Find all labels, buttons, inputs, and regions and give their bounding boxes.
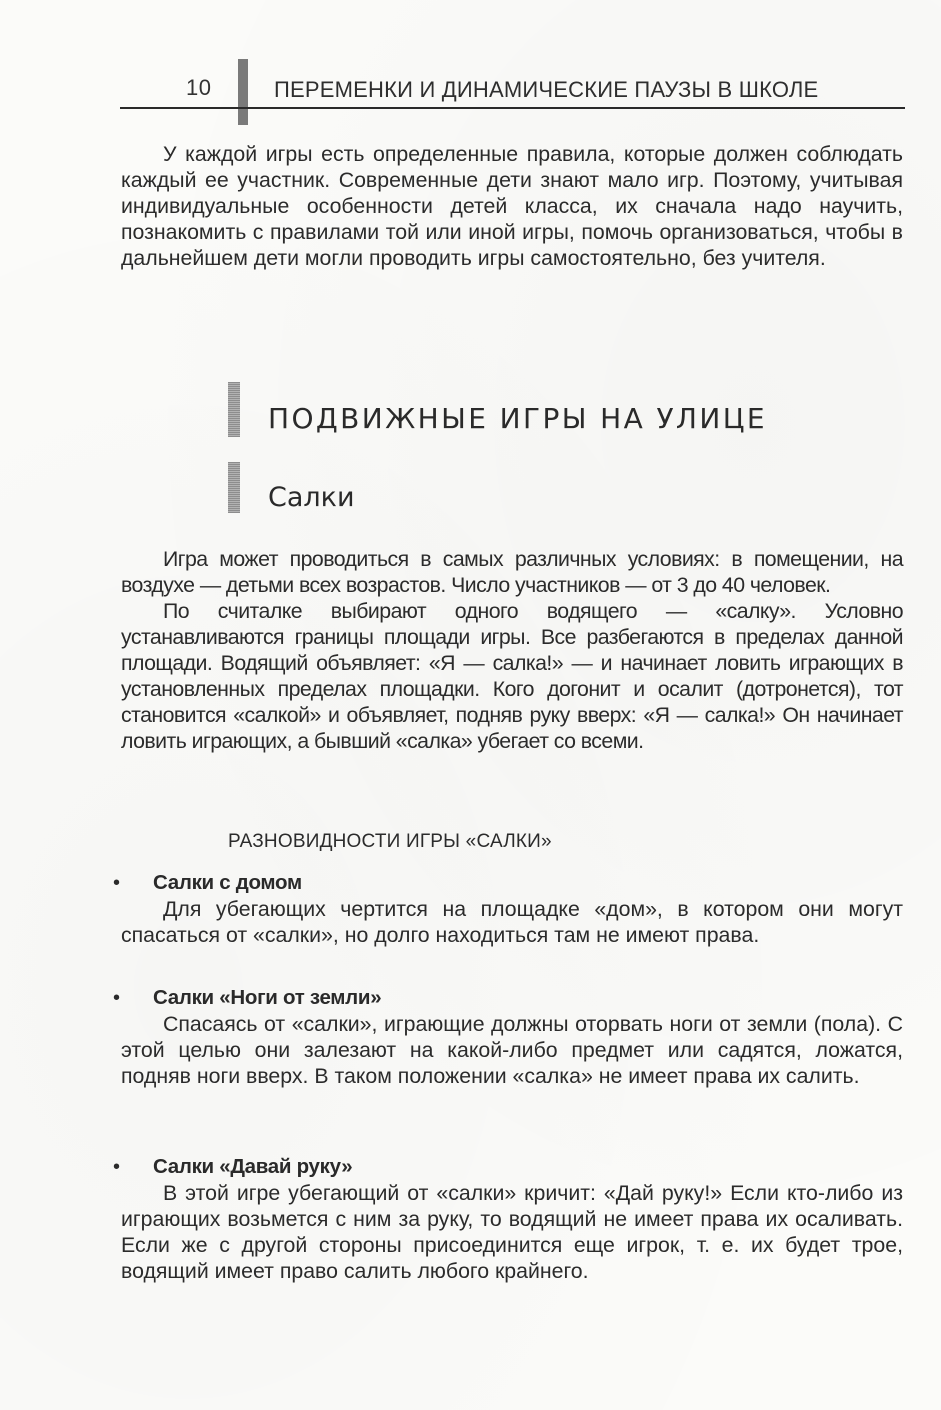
- variant-title: Салки с домом: [153, 870, 302, 896]
- subsection-title: Салки: [268, 482, 355, 513]
- variant-header: • Салки «Давай руку»: [113, 1154, 903, 1182]
- variant-title: Салки «Ноги от земли»: [153, 985, 381, 1011]
- variants-heading: РАЗНОВИДНОСТИ ИГРЫ «САЛКИ»: [228, 831, 552, 853]
- variant-text: Спасаясь от «салки», играющие должны ото…: [121, 1011, 903, 1089]
- description-paragraph: По считалке выбирают одного водящего — «…: [121, 598, 903, 754]
- running-header: 10 ПЕРЕМЕНКИ И ДИНАМИЧЕСКИЕ ПАУЗЫ В ШКОЛ…: [120, 55, 905, 115]
- variant-item: • Салки «Ноги от земли» Спасаясь от «сал…: [113, 985, 903, 1013]
- intro-text: У каждой игры есть определенные правила,…: [121, 141, 903, 271]
- variant-body: В этой игре убегающий от «салки» кричит:…: [121, 1180, 903, 1284]
- bullet-icon: •: [113, 985, 120, 1011]
- variant-text: В этой игре убегающий от «салки» кричит:…: [121, 1180, 903, 1284]
- bullet-icon: •: [113, 870, 120, 896]
- game-description: Игра может проводиться в самых различных…: [121, 546, 903, 754]
- intro-paragraph: У каждой игры есть определенные правила,…: [121, 141, 903, 271]
- running-title: ПЕРЕМЕНКИ И ДИНАМИЧЕСКИЕ ПАУЗЫ В ШКОЛЕ: [274, 77, 818, 103]
- variant-body: Для убегающих чертится на площадке «дом»…: [121, 896, 903, 948]
- section-marker-bar: [228, 382, 240, 437]
- description-paragraph: Игра может проводиться в самых различных…: [121, 546, 903, 598]
- book-page: 10 ПЕРЕМЕНКИ И ДИНАМИЧЕСКИЕ ПАУЗЫ В ШКОЛ…: [0, 0, 941, 1410]
- variant-body: Спасаясь от «салки», играющие должны ото…: [121, 1011, 903, 1089]
- variant-header: • Салки с домом: [113, 870, 903, 898]
- variant-item: • Салки «Давай руку» В этой игре убегающ…: [113, 1154, 903, 1182]
- variant-title: Салки «Давай руку»: [153, 1154, 352, 1180]
- subsection-marker-bar: [228, 462, 240, 513]
- section-title: ПОДВИЖНЫЕ ИГРЫ НА УЛИЦЕ: [268, 402, 767, 435]
- bullet-icon: •: [113, 1154, 120, 1180]
- header-rule: [120, 107, 905, 109]
- variant-text: Для убегающих чертится на площадке «дом»…: [121, 896, 903, 948]
- variant-header: • Салки «Ноги от земли»: [113, 985, 903, 1013]
- header-divider-bar: [238, 59, 248, 125]
- page-number: 10: [186, 75, 211, 101]
- variant-item: • Салки с домом Для убегающих чертится н…: [113, 870, 903, 898]
